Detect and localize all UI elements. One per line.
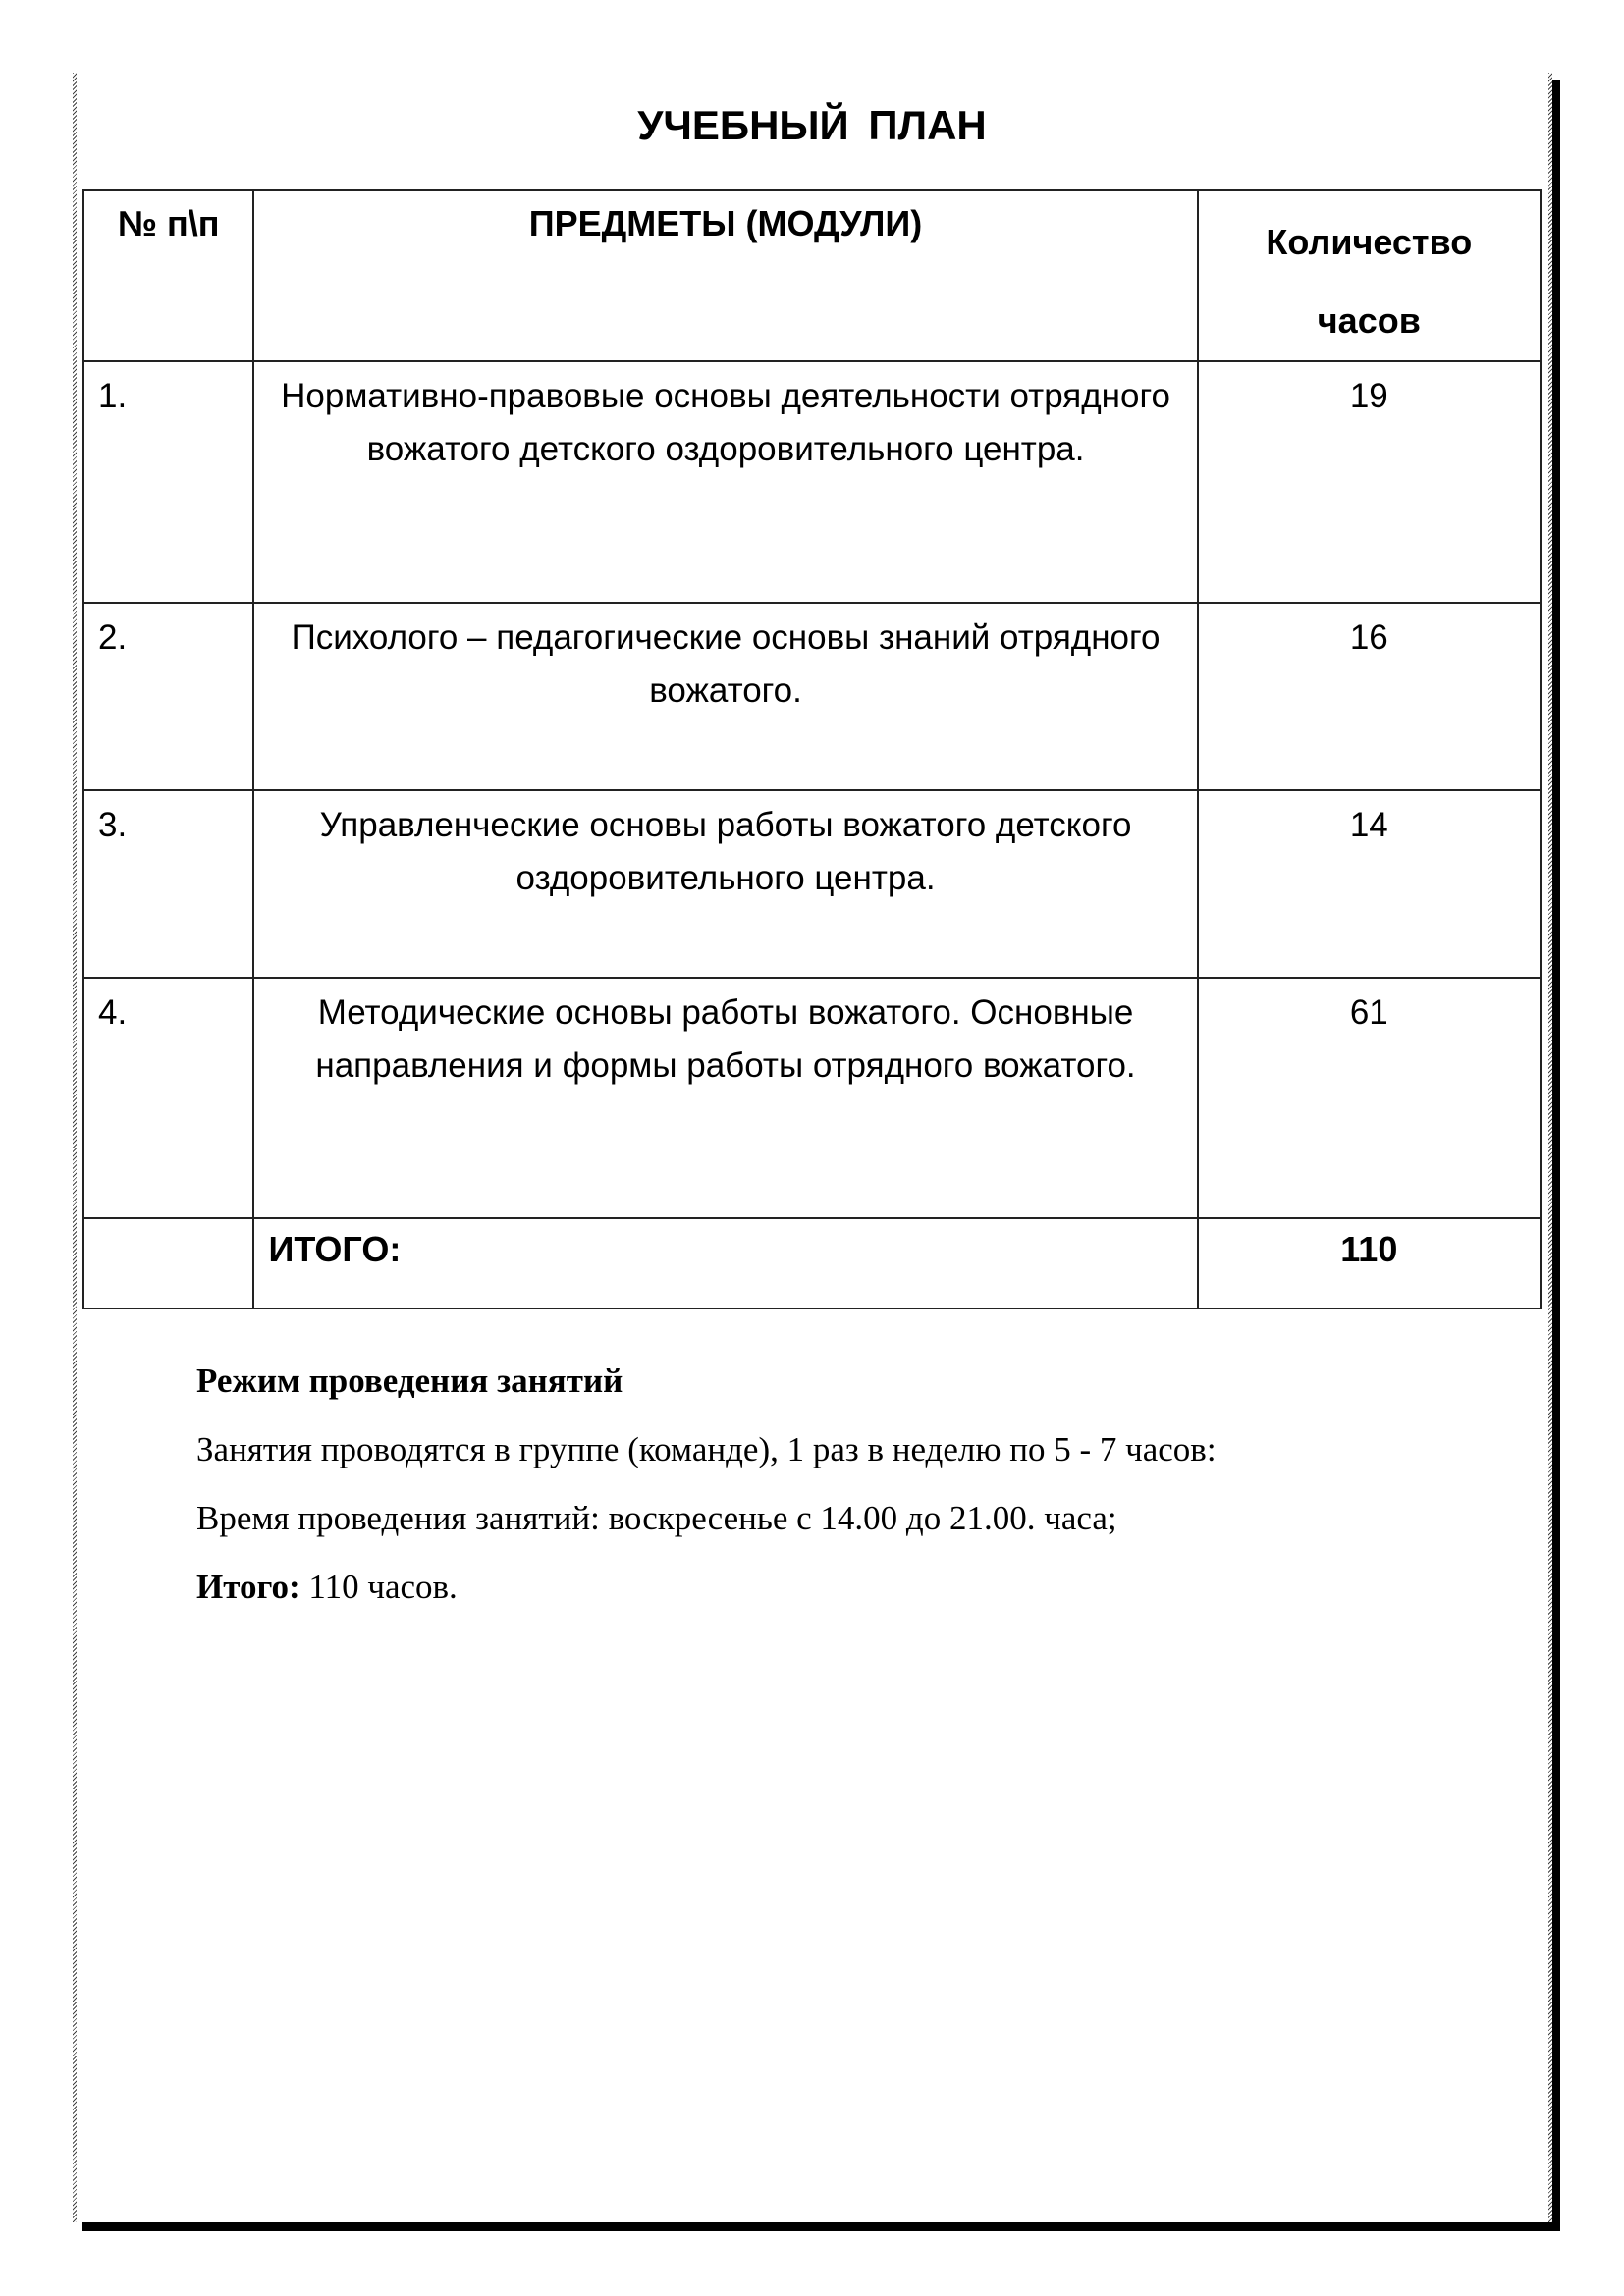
row-number: 1. <box>83 361 253 603</box>
schedule-total-label: Итого: <box>196 1568 300 1606</box>
table-header-row: № п\п ПРЕДМЕТЫ (МОДУЛИ) Количество часов <box>83 190 1541 361</box>
header-hours-line2: часов <box>1318 300 1421 341</box>
page-shadow-bottom <box>82 2222 1560 2231</box>
schedule-section: Режим проведения занятий Занятия проводя… <box>196 1347 1473 1622</box>
total-number <box>83 1218 253 1308</box>
schedule-line-time: Время проведения занятий: воскресенье с … <box>196 1484 1473 1553</box>
header-hours-line1: Количество <box>1266 222 1472 262</box>
page-border-left <box>73 73 77 2222</box>
row-subject: Психолого – педагогические основы знаний… <box>253 603 1197 790</box>
schedule-heading: Режим проведения занятий <box>196 1347 1473 1415</box>
total-hours: 110 <box>1198 1218 1541 1308</box>
row-hours: 61 <box>1198 978 1541 1218</box>
table-row: 2. Психолого – педагогические основы зна… <box>83 603 1541 790</box>
row-subject: Управленческие основы работы вожатого де… <box>253 790 1197 978</box>
table-row: 1. Нормативно-правовые основы деятельнос… <box>83 361 1541 603</box>
row-number: 4. <box>83 978 253 1218</box>
header-hours: Количество часов <box>1198 190 1541 361</box>
total-label: ИТОГО: <box>253 1218 1197 1308</box>
page-title: УЧЕБНЫЙ ПЛАН <box>0 102 1624 149</box>
table-total-row: ИТОГО: 110 <box>83 1218 1541 1308</box>
row-hours: 19 <box>1198 361 1541 603</box>
curriculum-table: № п\п ПРЕДМЕТЫ (МОДУЛИ) Количество часов… <box>82 189 1542 1309</box>
table-row: 4. Методические основы работы вожатого. … <box>83 978 1541 1218</box>
row-hours: 16 <box>1198 603 1541 790</box>
page-shadow-right <box>1552 80 1560 2230</box>
schedule-total: Итого: 110 часов. <box>196 1553 1473 1622</box>
header-subject: ПРЕДМЕТЫ (МОДУЛИ) <box>253 190 1197 361</box>
row-hours: 14 <box>1198 790 1541 978</box>
schedule-line-frequency: Занятия проводятся в группе (команде), 1… <box>196 1415 1473 1484</box>
header-number: № п\п <box>83 190 253 361</box>
row-number: 3. <box>83 790 253 978</box>
table-row: 3. Управленческие основы работы вожатого… <box>83 790 1541 978</box>
schedule-total-value: 110 часов. <box>300 1568 458 1606</box>
row-number: 2. <box>83 603 253 790</box>
row-subject: Нормативно-правовые основы деятельности … <box>253 361 1197 603</box>
row-subject: Методические основы работы вожатого. Осн… <box>253 978 1197 1218</box>
